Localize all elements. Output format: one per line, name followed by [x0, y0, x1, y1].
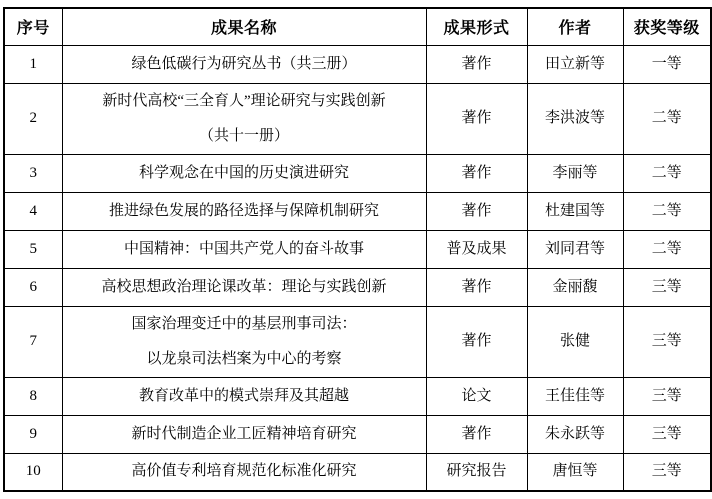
document-page: 序号 成果名称 成果形式 作者 获奖等级 1 绿色低碳行为研究丛书（共三册） 著…	[0, 0, 712, 499]
cell-no: 9	[4, 415, 62, 453]
header-cell-name: 成果名称	[62, 8, 426, 45]
cell-grade: 二等	[623, 83, 711, 154]
cell-grade: 二等	[623, 230, 711, 268]
cell-no: 5	[4, 230, 62, 268]
cell-no: 1	[4, 45, 62, 83]
cell-form: 著作	[426, 306, 527, 377]
cell-author: 田立新等	[527, 45, 623, 83]
table-row: 7 国家治理变迁中的基层刑事司法： 以龙泉司法档案为中心的考察 著作 张健 三等	[4, 306, 711, 377]
cell-author: 刘同君等	[527, 230, 623, 268]
table-row: 9 新时代制造企业工匠精神培育研究 著作 朱永跃等 三等	[4, 415, 711, 453]
cell-author: 李丽等	[527, 154, 623, 192]
cell-form: 论文	[426, 377, 527, 415]
cell-author: 李洪波等	[527, 83, 623, 154]
cell-grade: 二等	[623, 192, 711, 230]
cell-no: 3	[4, 154, 62, 192]
table-row: 5 中国精神：中国共产党人的奋斗故事 普及成果 刘同君等 二等	[4, 230, 711, 268]
cell-name: 高价值专利培育规范化标准化研究	[62, 453, 426, 491]
cell-grade: 一等	[623, 45, 711, 83]
cell-name: 绿色低碳行为研究丛书（共三册）	[62, 45, 426, 83]
cell-form: 著作	[426, 83, 527, 154]
cell-author: 朱永跃等	[527, 415, 623, 453]
cell-name: 科学观念在中国的历史演进研究	[62, 154, 426, 192]
header-cell-form: 成果形式	[426, 8, 527, 45]
cell-no: 7	[4, 306, 62, 377]
cell-form: 研究报告	[426, 453, 527, 491]
table-row: 10 高价值专利培育规范化标准化研究 研究报告 唐恒等 三等	[4, 453, 711, 491]
cell-grade: 三等	[623, 453, 711, 491]
cell-no: 6	[4, 268, 62, 306]
header-cell-no: 序号	[4, 8, 62, 45]
table-row: 6 高校思想政治理论课改革：理论与实践创新 著作 金丽馥 三等	[4, 268, 711, 306]
cell-author: 金丽馥	[527, 268, 623, 306]
cell-form: 著作	[426, 415, 527, 453]
cell-author: 张健	[527, 306, 623, 377]
table-row: 2 新时代高校“三全育人”理论研究与实践创新 （共十一册） 著作 李洪波等 二等	[4, 83, 711, 154]
cell-form: 著作	[426, 45, 527, 83]
cell-grade: 三等	[623, 377, 711, 415]
cell-name: 中国精神：中国共产党人的奋斗故事	[62, 230, 426, 268]
cell-author: 杜建国等	[527, 192, 623, 230]
cell-author: 唐恒等	[527, 453, 623, 491]
cell-no: 8	[4, 377, 62, 415]
cell-name: 教育改革中的模式崇拜及其超越	[62, 377, 426, 415]
cell-name: 推进绿色发展的路径选择与保障机制研究	[62, 192, 426, 230]
cell-grade: 三等	[623, 306, 711, 377]
header-row: 序号 成果名称 成果形式 作者 获奖等级	[4, 8, 711, 45]
cell-grade: 二等	[623, 154, 711, 192]
cell-name: 新时代高校“三全育人”理论研究与实践创新 （共十一册）	[62, 83, 426, 154]
cell-name: 国家治理变迁中的基层刑事司法： 以龙泉司法档案为中心的考察	[62, 306, 426, 377]
cell-form: 著作	[426, 268, 527, 306]
header-cell-author: 作者	[527, 8, 623, 45]
cell-form: 著作	[426, 154, 527, 192]
header-cell-grade: 获奖等级	[623, 8, 711, 45]
cell-name: 高校思想政治理论课改革：理论与实践创新	[62, 268, 426, 306]
cell-form: 普及成果	[426, 230, 527, 268]
cell-grade: 三等	[623, 268, 711, 306]
cell-author: 王佳佳等	[527, 377, 623, 415]
table-row: 3 科学观念在中国的历史演进研究 著作 李丽等 二等	[4, 154, 711, 192]
cell-no: 4	[4, 192, 62, 230]
table-row: 8 教育改革中的模式崇拜及其超越 论文 王佳佳等 三等	[4, 377, 711, 415]
cell-no: 10	[4, 453, 62, 491]
cell-no: 2	[4, 83, 62, 154]
cell-grade: 三等	[623, 415, 711, 453]
table-row: 1 绿色低碳行为研究丛书（共三册） 著作 田立新等 一等	[4, 45, 711, 83]
cell-name: 新时代制造企业工匠精神培育研究	[62, 415, 426, 453]
table-row: 4 推进绿色发展的路径选择与保障机制研究 著作 杜建国等 二等	[4, 192, 711, 230]
awards-table: 序号 成果名称 成果形式 作者 获奖等级 1 绿色低碳行为研究丛书（共三册） 著…	[3, 7, 712, 492]
cell-form: 著作	[426, 192, 527, 230]
